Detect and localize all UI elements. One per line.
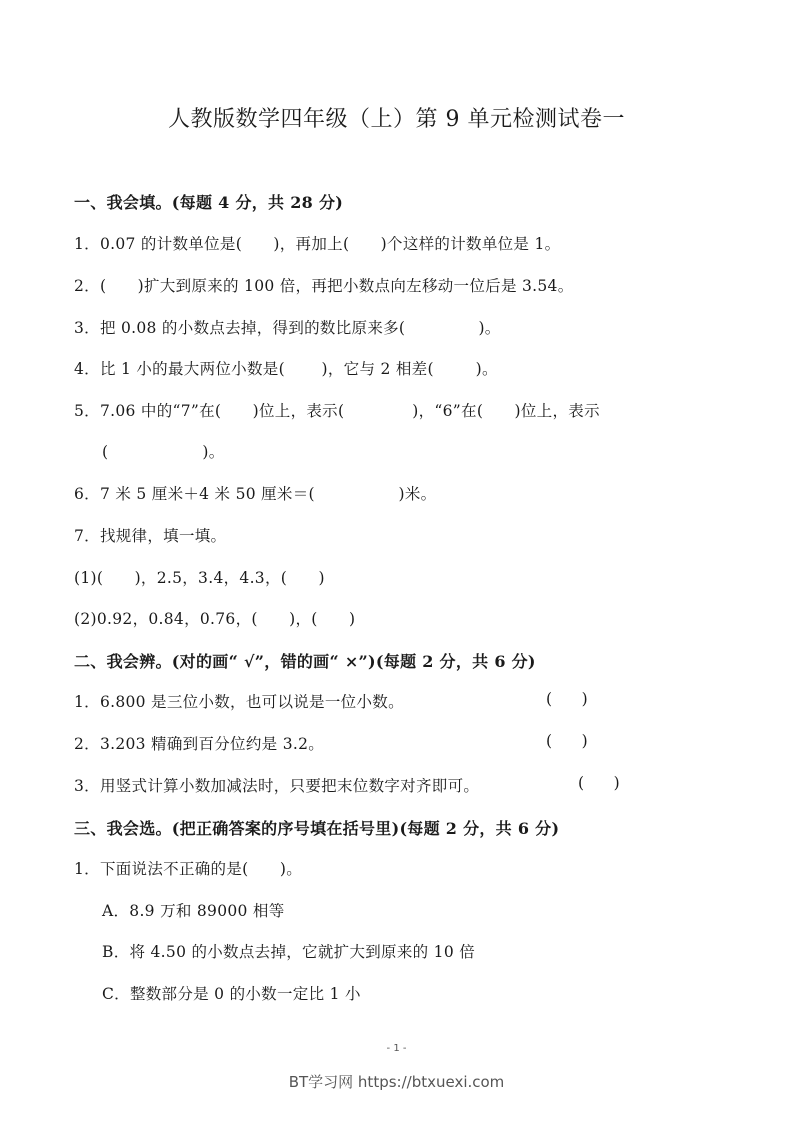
question-1-5: 5．7.06 中的“7”在( )位上，表示( )，“6”在( )位上，表示 [74, 399, 600, 421]
section-1-heading: 一、我会填。(每题 4 分，共 28 分) [74, 190, 343, 213]
question-1-7-1: (1)( )，2.5，3.4，4.3，( ) [74, 566, 325, 588]
answer-blank-2-3: ( ) [578, 774, 620, 792]
question-1-2: 2．( )扩大到原来的 100 倍，再把小数点向左移动一位后是 3.54。 [74, 274, 574, 296]
site-watermark: BT学习网 https://btxuexi.com [0, 1071, 793, 1092]
question-1-7-2: (2)0.92，0.84，0.76，( )，( ) [74, 607, 355, 629]
option-b: B．将 4.50 的小数点去掉，它就扩大到原来的 10 倍 [102, 940, 475, 962]
document-title: 人教版数学四年级（上）第 9 单元检测试卷一 [0, 102, 793, 133]
answer-blank-2-1: ( ) [546, 690, 588, 708]
page-number: - 1 - [0, 1043, 793, 1054]
question-2-3: 3．用竖式计算小数加减法时，只要把末位数字对齐即可。 [74, 774, 479, 796]
question-1-3: 3．把 0.08 的小数点去掉，得到的数比原来多( )。 [74, 316, 501, 338]
question-1-1: 1．0.07 的计数单位是( )，再加上( )个这样的计数单位是 1。 [74, 232, 560, 254]
section-3-heading: 三、我会选。(把正确答案的序号填在括号里)(每题 2 分，共 6 分) [74, 816, 559, 839]
question-3-1: 1．下面说法不正确的是( )。 [74, 857, 302, 879]
question-1-6: 6．7 米 5 厘米＋4 米 50 厘米＝( )米。 [74, 482, 436, 504]
answer-blank-2-2: ( ) [546, 732, 588, 750]
question-1-7: 7．找规律，填一填。 [74, 524, 226, 546]
question-2-1: 1．6.800 是三位小数，也可以说是一位小数。 [74, 690, 404, 712]
question-1-4: 4．比 1 小的最大两位小数是( )，它与 2 相差( )。 [74, 357, 498, 379]
option-c: C．整数部分是 0 的小数一定比 1 小 [102, 982, 361, 1004]
question-1-5-cont: ( )。 [102, 440, 225, 462]
question-2-2: 2．3.203 精确到百分位约是 3.2。 [74, 732, 324, 754]
option-a: A．8.9 万和 89000 相等 [102, 899, 285, 921]
section-2-heading: 二、我会辨。(对的画“ √”，错的画“ ×”)(每题 2 分，共 6 分) [74, 649, 536, 672]
